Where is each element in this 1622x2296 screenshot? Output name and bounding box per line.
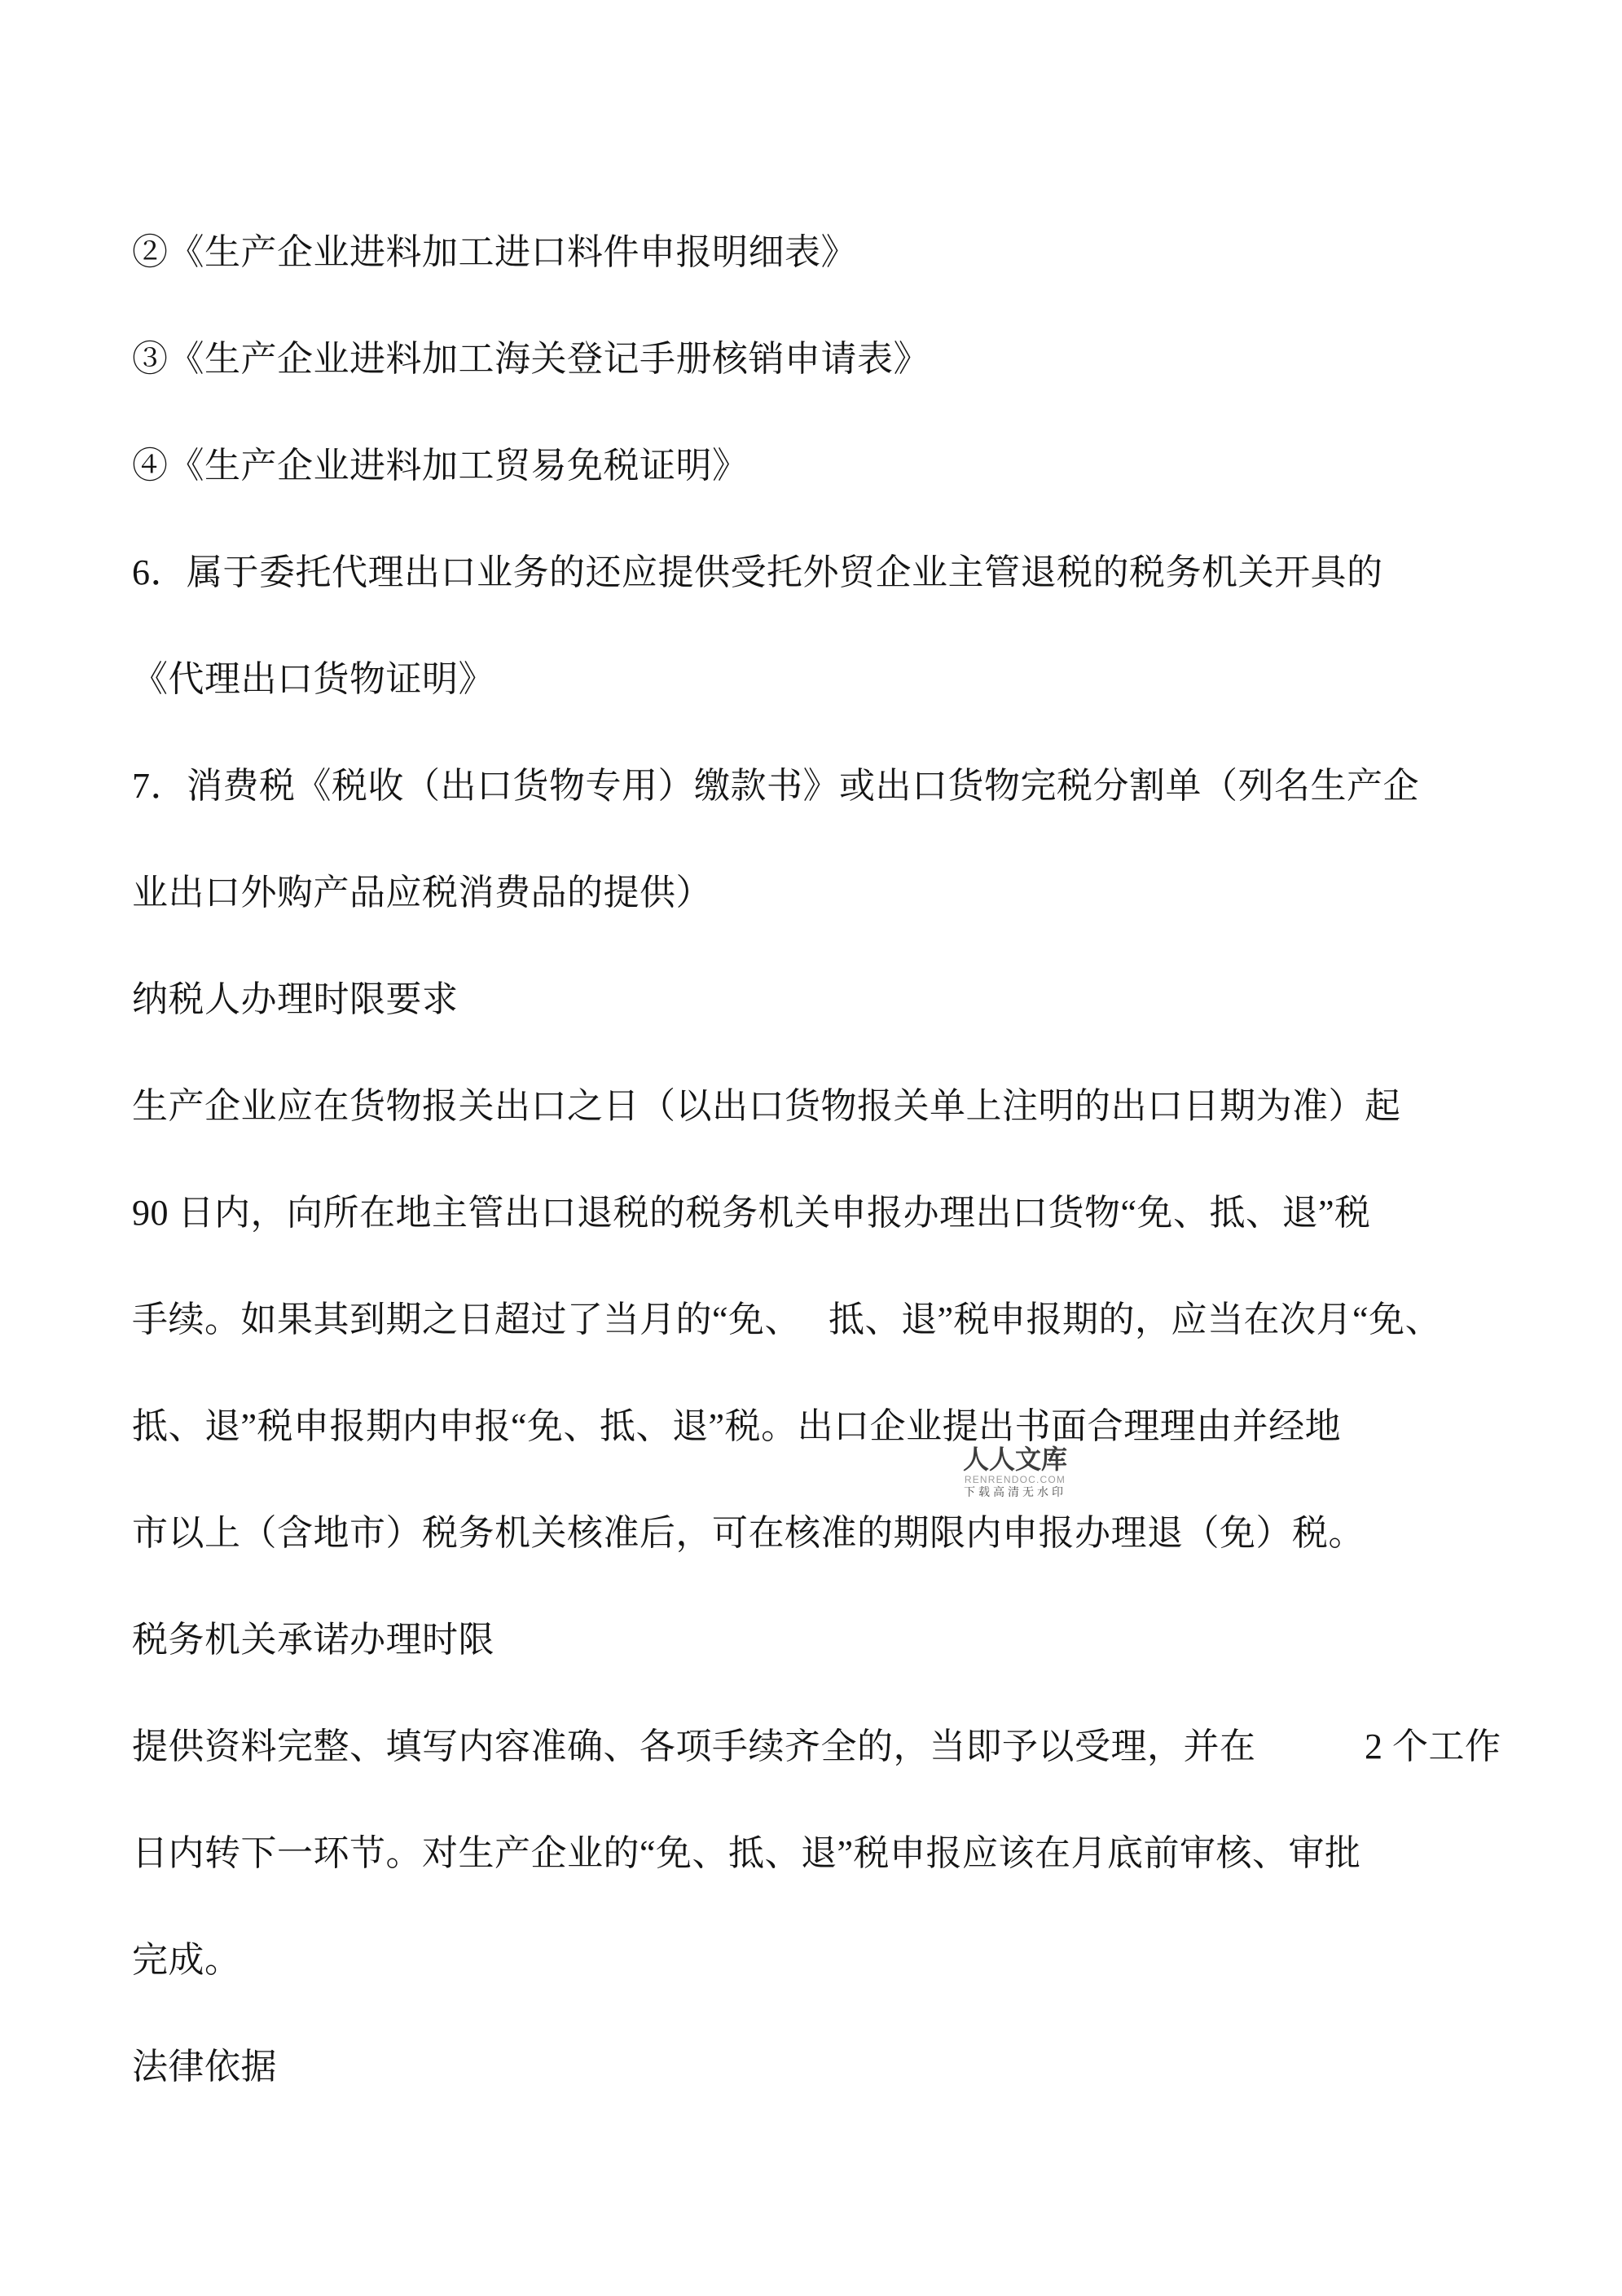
document-line: 手续。如果其到期之日超过了当月的“免、 抵、退”税申报期的，应当在次月“免、 (132, 1266, 1533, 1373)
document-line: 7．消费税《税收（出口货物专用）缴款书》或出口货物完税分割单（列名生产企 (132, 732, 1533, 839)
watermark-site-url: RENRENDOC.COM (960, 1475, 1070, 1484)
document-line: 日内转下一环节。对生产企业的“免、抵、退”税申报应该在月底前审核、审批 (132, 1800, 1533, 1907)
document-body: ②《生产企业进料加工进口料件申报明细表》 ③《生产企业进料加工海关登记手册核销申… (132, 199, 1533, 2120)
document-line: ④《生产企业进料加工贸易免税证明》 (132, 412, 1533, 519)
document-line: ②《生产企业进料加工进口料件申报明细表》 (132, 199, 1533, 306)
document-line: 提供资料完整、填写内容准确、各项手续齐全的，当即予以受理，并在 2 个工作 (132, 1693, 1533, 1800)
document-line: 90 日内，向所在地主管出口退税的税务机关申报办理出口货物“免、抵、退”税 (132, 1159, 1533, 1266)
document-line: 《代理出口货物证明》 (132, 626, 1533, 732)
document-line: 市以上（含地市）税务机关核准后，可在核准的期限内申报办理退（免）税。 (132, 1480, 1533, 1586)
watermark-tagline: 下载高清无水印 (960, 1488, 1070, 1499)
document-page: ②《生产企业进料加工进口料件申报明细表》 ③《生产企业进料加工海关登记手册核销申… (0, 0, 1622, 2296)
watermark-logo-text: 人人文库 (960, 1446, 1070, 1472)
document-line: 6．属于委托代理出口业务的还应提供受托外贸企业主管退税的税务机关开具的 (132, 519, 1533, 626)
document-line: 生产企业应在货物报关出口之日（以出口货物报关单上注明的出口日期为准）起 (132, 1053, 1533, 1159)
watermark: 人人文库 RENRENDOC.COM 下载高清无水印 (960, 1446, 1070, 1499)
document-line: 完成。 (132, 1907, 1533, 2013)
document-line: 抵、退”税申报期内申报“免、抵、退”税。出口企业提出书面合理理由并经地 (132, 1373, 1533, 1480)
document-line: 法律依据 (132, 2013, 1533, 2120)
document-line: 税务机关承诺办理时限 (132, 1586, 1533, 1693)
document-line: 纳税人办理时限要求 (132, 946, 1533, 1053)
document-line: 业出口外购产品应税消费品的提供） (132, 839, 1533, 946)
document-line: ③《生产企业进料加工海关登记手册核销申请表》 (132, 306, 1533, 412)
